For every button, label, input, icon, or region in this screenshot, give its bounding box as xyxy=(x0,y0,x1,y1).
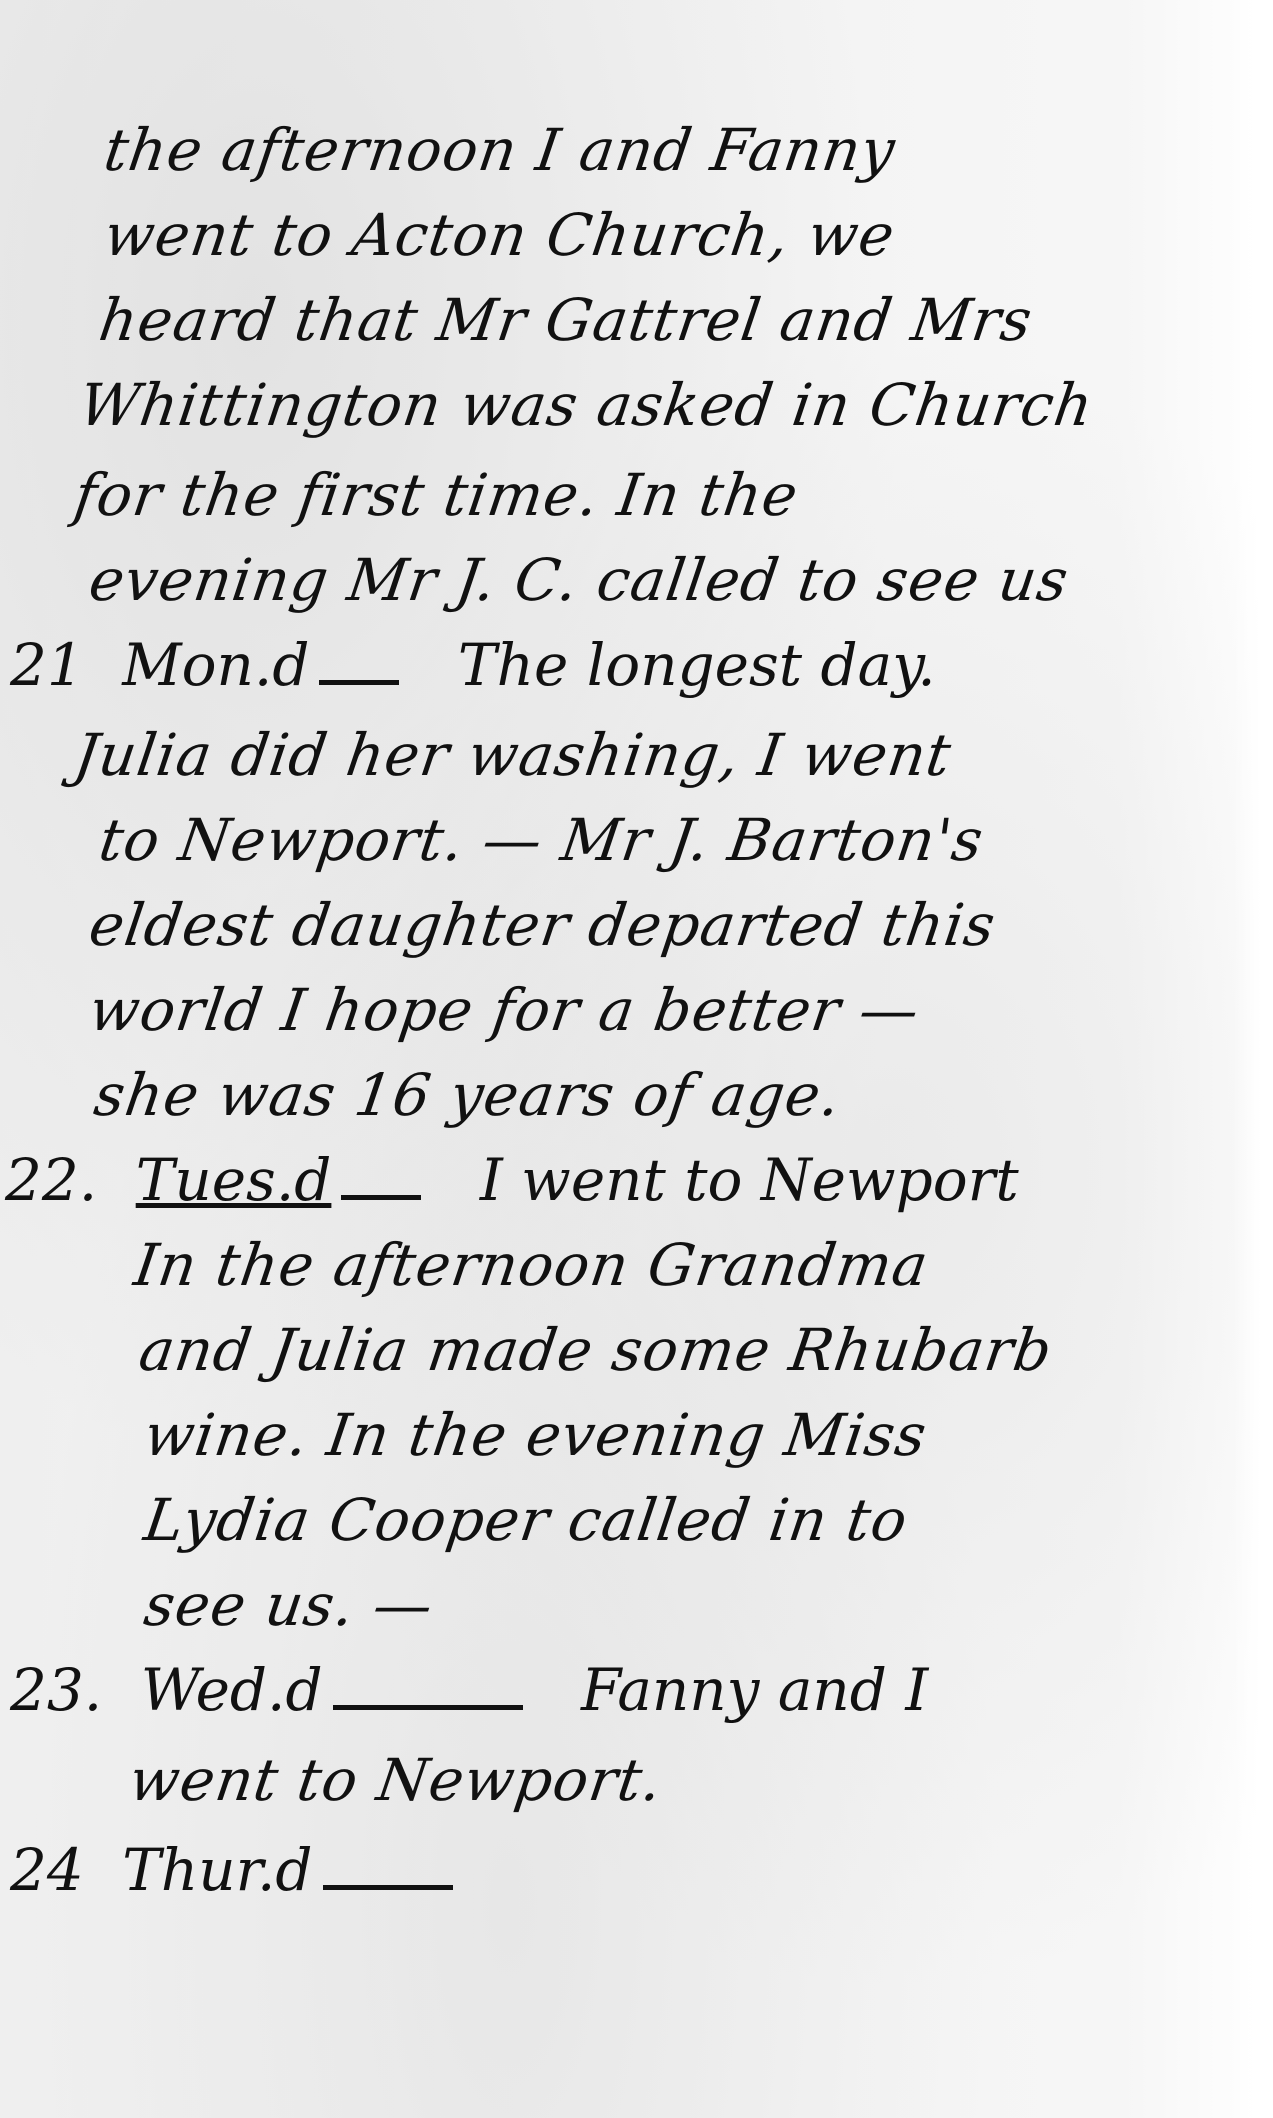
entry-21-header: 21 Mon.d The longest day. xyxy=(10,630,936,700)
entry-first-line: The longest day. xyxy=(458,630,936,700)
entry-23-header: 23. Wed.d Fanny and I xyxy=(10,1655,928,1725)
text-line: eldest daughter departed this xyxy=(85,890,1000,960)
entry-date: 21 xyxy=(10,630,84,700)
text-line: evening Mr J. C. called to see us xyxy=(85,545,1073,615)
text-line: went to Acton Church, we xyxy=(100,200,899,270)
entry-date: 23. xyxy=(10,1655,102,1725)
entry-24-header: 24 Thur.d xyxy=(10,1835,463,1905)
entry-day: Mon.d xyxy=(122,630,309,700)
text-line: Julia did her washing, I went xyxy=(70,720,956,790)
dash-divider xyxy=(319,680,399,685)
text-line: Whittington was asked in Church xyxy=(75,370,1098,440)
text-line: heard that Mr Gattrel and Mrs xyxy=(95,285,1037,355)
diary-page: the afternoon I and Fanny went to Acton … xyxy=(0,0,1273,2118)
text-line: see us. — xyxy=(140,1570,438,1640)
entry-date: 22. xyxy=(5,1145,97,1215)
dash-divider xyxy=(323,1885,453,1890)
page-edge xyxy=(1233,0,1273,2118)
text-line: for the first time. In the xyxy=(70,460,803,530)
text-line: went to Newport. xyxy=(125,1745,667,1815)
entry-day: Tues.d xyxy=(136,1145,332,1215)
dash-divider xyxy=(333,1705,523,1710)
text-line: the afternoon I and Fanny xyxy=(100,115,900,185)
entry-day: Wed.d xyxy=(141,1655,323,1725)
text-line: Lydia Cooper called in to xyxy=(140,1485,912,1555)
entry-day: Thur.d xyxy=(122,1835,312,1905)
text-line: In the afternoon Grandma xyxy=(130,1230,933,1300)
text-line: she was 16 years of age. xyxy=(90,1060,845,1130)
entry-date: 24 xyxy=(10,1835,84,1905)
entry-first-line: I went to Newport xyxy=(480,1145,1019,1215)
dash-divider xyxy=(341,1195,421,1200)
entry-first-line: Fanny and I xyxy=(581,1655,928,1725)
text-line: world I hope for a better — xyxy=(85,975,924,1045)
text-line: wine. In the evening Miss xyxy=(140,1400,931,1470)
text-line: and Julia made some Rhubarb xyxy=(135,1315,1057,1385)
text-line: to Newport. — Mr J. Barton's xyxy=(95,805,988,875)
entry-22-header: 22. Tues.d I went to Newport xyxy=(5,1145,1019,1215)
